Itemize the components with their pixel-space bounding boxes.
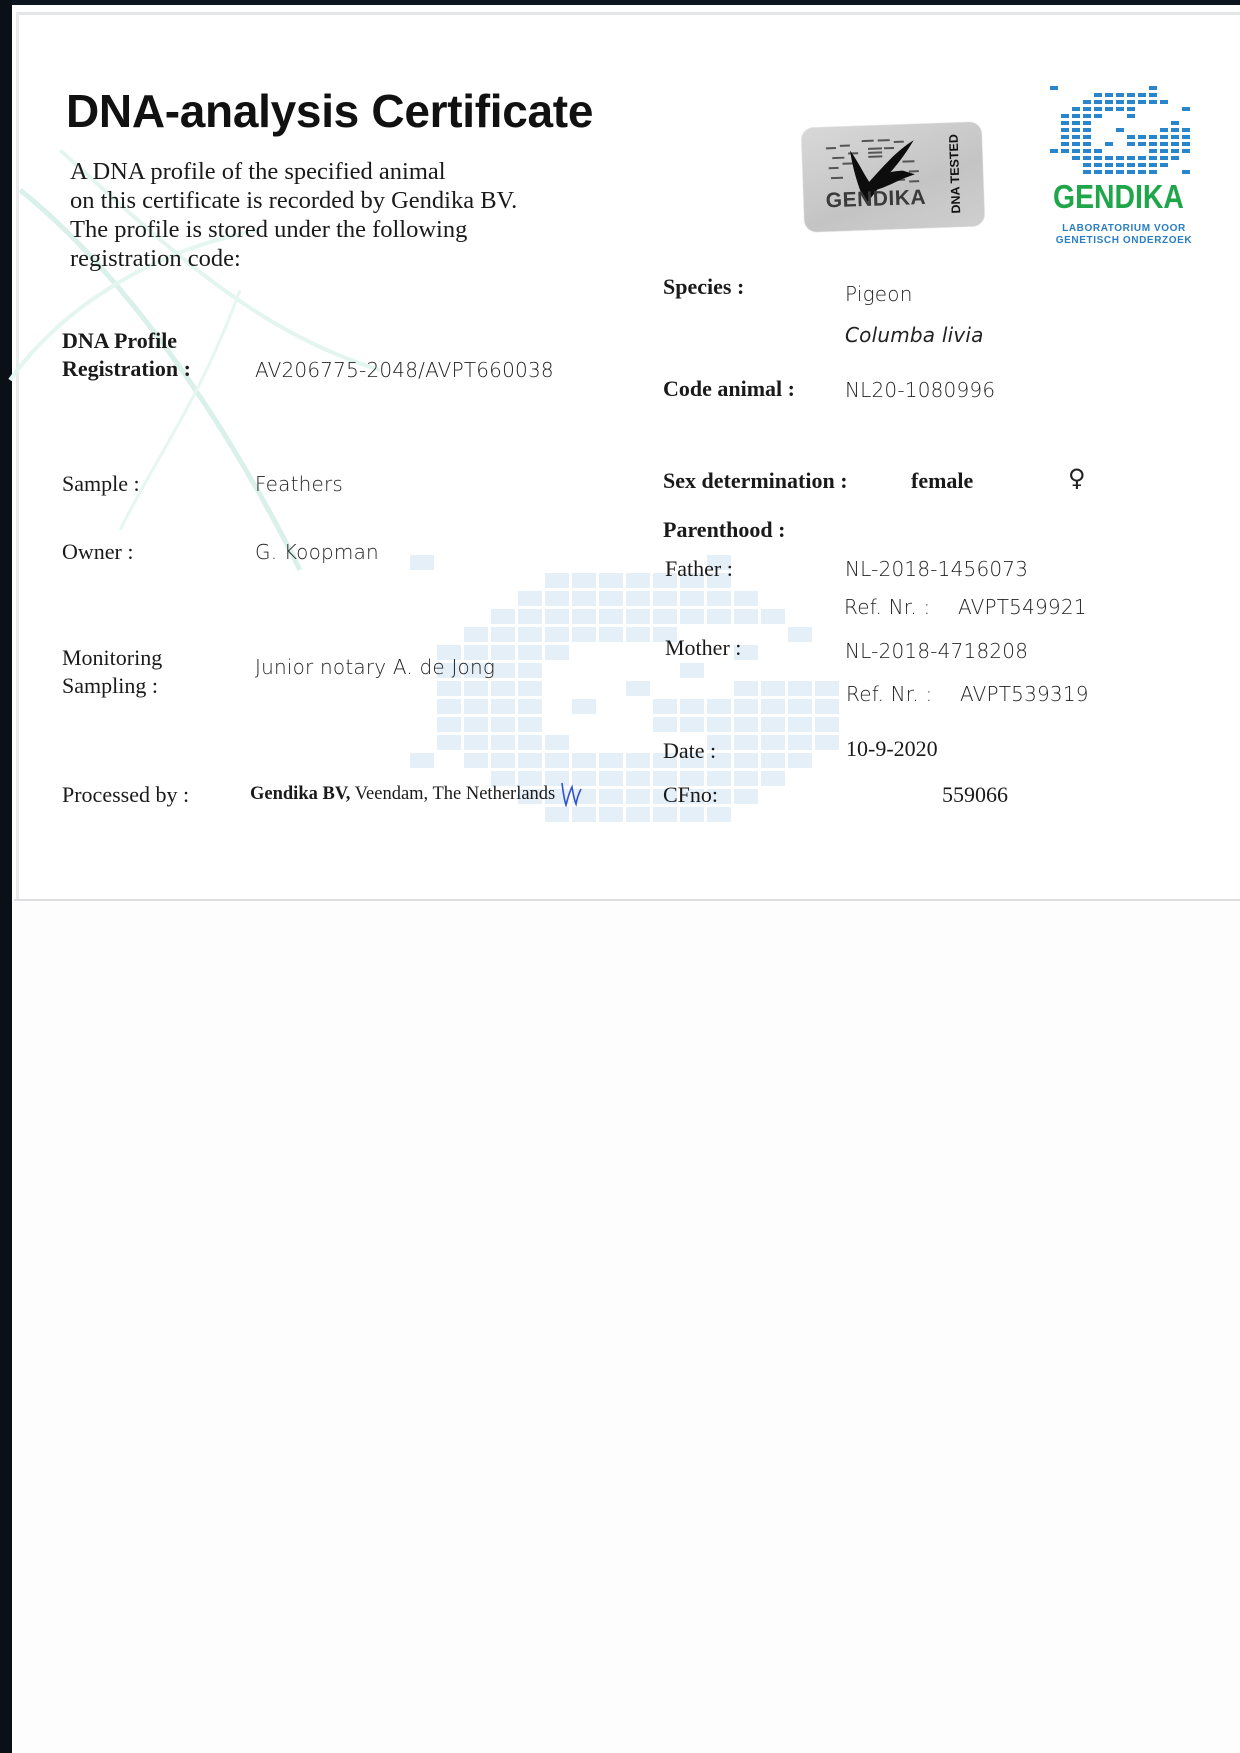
mother-ref-label: Ref. Nr. : xyxy=(846,682,932,706)
certificate-title: DNA-analysis Certificate xyxy=(66,84,593,138)
father-label: Father : xyxy=(665,556,733,582)
sticker-dna-tested-label: DNA TESTED xyxy=(947,134,964,214)
sticker-brand: GENDIKA xyxy=(825,186,926,213)
logo-subtitle-line-2: GENETISCH ONDERZOEK xyxy=(1054,235,1194,247)
card-bottom-edge xyxy=(14,899,1240,901)
code-animal-value: NL20-1080996 xyxy=(845,378,995,402)
female-symbol-icon: ♀ xyxy=(1068,464,1086,492)
mother-ref-value: AVPT539319 xyxy=(960,682,1089,706)
father-ref-label: Ref. Nr. : xyxy=(844,595,930,619)
dna-profile-label-line-2: Registration : xyxy=(62,356,191,382)
species-latin-value: Columba livia xyxy=(845,323,984,347)
blank-lower-sheet xyxy=(12,901,1240,1753)
owner-value: G. Koopman xyxy=(255,540,379,564)
scan-edge-top xyxy=(0,0,1240,5)
intro-line-4: registration code: xyxy=(70,244,241,273)
logo-subtitle: LABORATORIUM VOOR GENETISCH ONDERZOEK xyxy=(1054,223,1194,247)
date-value: 10-9-2020 xyxy=(846,736,938,762)
processed-by-label: Processed by : xyxy=(62,782,189,808)
processed-by-location: Veendam, The Netherlands xyxy=(350,784,555,804)
processed-by-company: Gendika BV, xyxy=(250,784,350,804)
sex-value: female xyxy=(911,468,973,494)
father-value: NL-2018-1456073 xyxy=(845,557,1028,581)
code-animal-label: Code animal : xyxy=(663,376,795,402)
intro-line-2: on this certificate is recorded by Gendi… xyxy=(70,186,517,215)
mother-label: Mother : xyxy=(665,635,741,661)
monitoring-label-line-1: Monitoring xyxy=(62,645,162,671)
species-label: Species : xyxy=(663,274,744,300)
logo-subtitle-line-1: LABORATORIUM VOOR xyxy=(1054,223,1194,235)
date-label: Date : xyxy=(663,738,716,764)
cfno-label: CFno: xyxy=(663,782,718,808)
intro-line-3: The profile is stored under the followin… xyxy=(70,215,467,244)
intro-line-1: A DNA profile of the specified animal xyxy=(70,157,446,186)
dna-g-mark-icon xyxy=(1050,86,1195,178)
signature-initial-icon xyxy=(560,781,582,807)
dna-profile-label-line-1: DNA Profile xyxy=(62,328,177,354)
sample-label: Sample : xyxy=(62,471,140,497)
monitoring-label-line-2: Sampling : xyxy=(62,673,158,699)
species-common-value: Pigeon xyxy=(845,282,913,306)
mother-value: NL-2018-4718208 xyxy=(845,639,1028,663)
father-ref-value: AVPT549921 xyxy=(958,595,1087,619)
logo-name: GENDIKA xyxy=(1053,178,1173,216)
parenthood-label: Parenthood : xyxy=(663,517,785,543)
dna-tested-sticker: GENDIKA DNA TESTED xyxy=(801,122,985,232)
processed-by-value: Gendika BV, Veendam, The Netherlands xyxy=(250,784,555,805)
cfno-value: 559066 xyxy=(942,782,1008,808)
sex-determination-label: Sex determination : xyxy=(663,468,848,494)
gendika-logo: GENDIKA LABORATORIUM VOOR GENETISCH ONDE… xyxy=(1050,86,1195,256)
sample-value: Feathers xyxy=(255,472,343,496)
dna-profile-value: AV206775-2048/AVPT660038 xyxy=(255,358,554,382)
monitoring-value: Junior notary A. de Jong xyxy=(255,655,495,679)
owner-label: Owner : xyxy=(62,539,133,565)
